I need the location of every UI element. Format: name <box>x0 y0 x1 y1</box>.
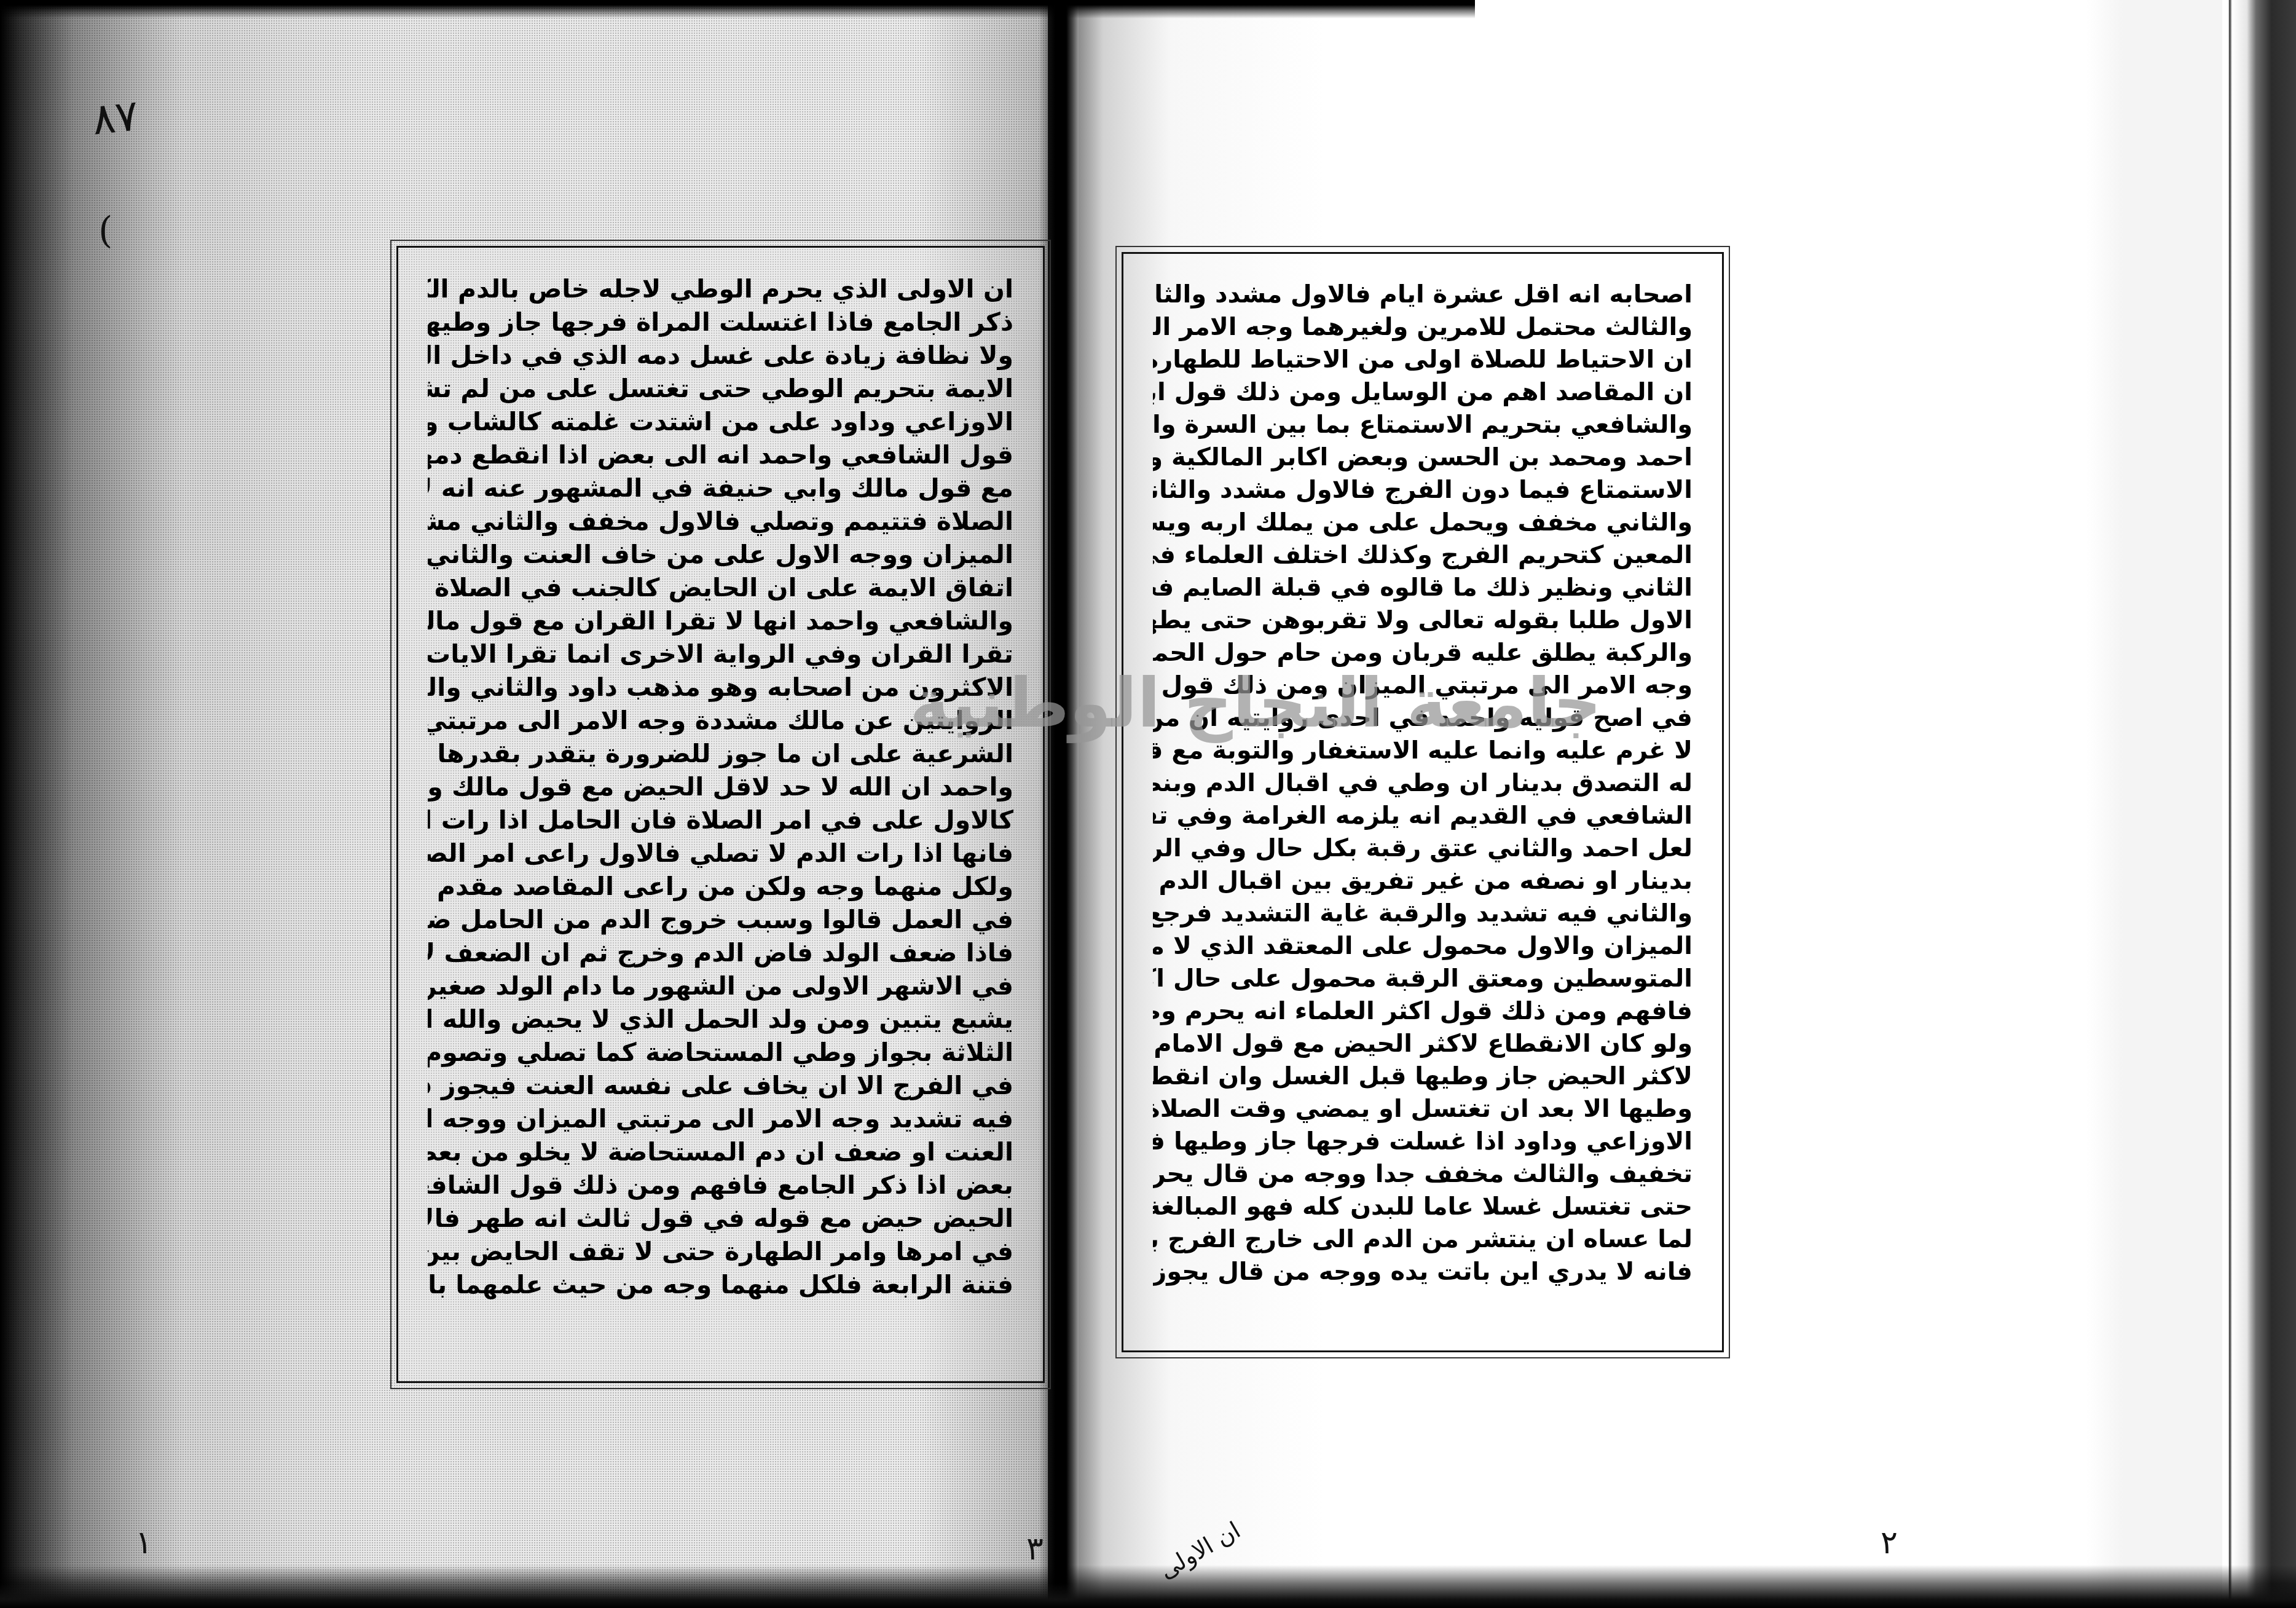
manuscript-line: الحيض حيض مع قوله في قول ثالث انه طهر فا… <box>428 1202 1013 1235</box>
top-scan-shadow <box>0 0 1475 18</box>
bottom-note-left: ١ <box>135 1524 152 1561</box>
manuscript-line: فانها اذا رات الدم لا تصلي فالاول راعى ا… <box>428 837 1013 870</box>
manuscript-line: في الفرج الا ان يخاف على نفسه العنت فيجو… <box>428 1069 1013 1102</box>
manuscript-line: وجه الامر الى مرتبتي الميزان ومن ذلك قول… <box>1153 669 1693 702</box>
manuscript-line: في العمل قالوا وسبب خروج الدم من الحامل … <box>428 903 1013 936</box>
manuscript-line: الاول طلبا بقوله تعالى ولا تقربوهن حتى ي… <box>1153 604 1693 637</box>
manuscript-line: فيه تشديد وجه الامر الى مرتبتي الميزان و… <box>428 1102 1013 1135</box>
bottom-note-gutter: ٣ <box>1026 1531 1044 1567</box>
manuscript-line: فانه لا يدري اين باتت يده ووجه من قال يج… <box>1153 1256 1693 1288</box>
manuscript-line: المتوسطين ومعتق الرقبة محمول على حال اكا… <box>1153 963 1693 995</box>
left-page-text-block: ان الاولى الذي يحرم الوطي لاجله خاص بالد… <box>396 246 1045 1383</box>
manuscript-line: لا غرم عليه وانما عليه الاستغفار والتوبة… <box>1153 735 1693 767</box>
right-page-text-block: اصحابه انه اقل عشرة ايام فالاول مشدد وال… <box>1122 252 1724 1352</box>
manuscript-line: تقرا القران وفي الرواية الاخرى انما تقرا… <box>428 637 1013 671</box>
manuscript-line: الشافعي في القديم انه يلزمه الغرامة وفي … <box>1153 800 1693 832</box>
manuscript-line: الصلاة فتتيمم وتصلي فالاول مخفف والثاني … <box>428 505 1013 538</box>
bottom-scan-shadow <box>0 1565 2296 1608</box>
manuscript-line: والركبة يطلق عليه قربان ومن حام حول الحم… <box>1153 637 1693 669</box>
margin-mark: ( <box>98 209 112 252</box>
manuscript-line: لما عساه ان ينتشر من الدم الى خارج الفرج… <box>1153 1223 1693 1256</box>
manuscript-line: الشرعية على ان ما جوز للضرورة يتقدر بقدر… <box>428 737 1013 770</box>
manuscript-line: الاكثرون من اصحابه وهو مذهب داود والثاني… <box>428 671 1013 704</box>
manuscript-line: والثاني مخفف ويحمل على من يملك اربه ويسم… <box>1153 506 1693 539</box>
manuscript-line: له التصدق بدينار ان وطي في اقبال الدم وب… <box>1153 767 1693 800</box>
manuscript-line: يشبع يتبين ومن ولد الحمل الذي لا يحيض وا… <box>428 1003 1013 1036</box>
manuscript-line: ولو كان الانقطاع لاكثر الحيض مع قول الام… <box>1153 1028 1693 1060</box>
manuscript-line: العنت او ضعف ان دم المستحاضة لا يخلو من … <box>428 1135 1013 1169</box>
manuscript-line: الاوزاعي وداود اذا غسلت فرجها جاز وطيها … <box>1153 1125 1693 1158</box>
manuscript-line: لعل احمد والثاني عتق رقبة بكل حال وفي ال… <box>1153 832 1693 865</box>
manuscript-line: والشافعي بتحريم الاستمتاع بما بين السرة … <box>1153 409 1693 441</box>
manuscript-line: ولا نظافة زيادة على غسل دمه الذي في داخل… <box>428 339 1013 372</box>
manuscript-line: فافهم ومن ذلك قول اكثر العلماء انه يحرم … <box>1153 995 1693 1028</box>
manuscript-line: ذكر الجامع فاذا اغتسلت المراة فرجها جاز … <box>428 305 1013 339</box>
manuscript-line: المعين كتحريم الفرج وكذلك اختلف العلماء … <box>1153 539 1693 572</box>
manuscript-line: والثاني فيه تشديد والرقبة غاية التشديد ف… <box>1153 897 1693 930</box>
manuscript-line: اصحابه انه اقل عشرة ايام فالاول مشدد وال… <box>1153 278 1693 311</box>
manuscript-line: والشافعي واحمد انها لا تقرا القران مع قو… <box>428 604 1013 637</box>
manuscript-line: حتى تغتسل غسلا عاما للبدن كله فهو المبال… <box>1153 1191 1693 1223</box>
manuscript-line: الايمة بتحريم الوطي حتى تغتسل على من لم … <box>428 372 1013 405</box>
manuscript-line: لاكثر الحيض جاز وطيها قبل الغسل وان انقط… <box>1153 1060 1693 1093</box>
manuscript-line: ولكل منهما وجه ولكن من راعى المقاصد مقدم… <box>428 870 1013 903</box>
manuscript-line: وطيها الا بعد ان تغتسل او يمضي وقت الصلا… <box>1153 1093 1693 1125</box>
manuscript-line: والثالث محتمل للامرين ولغيرهما وجه الامر… <box>1153 311 1693 344</box>
manuscript-line: الميزان والاول محمول على المعتقد الذي لا… <box>1153 930 1693 963</box>
page-number: ٨٧ <box>90 90 141 144</box>
manuscript-line: بدينار او نصفه من غير تفريق بين اقبال ال… <box>1153 865 1693 897</box>
book-page-edges <box>2222 0 2296 1608</box>
manuscript-line: كالاول على في امر الصلاة فان الحامل اذا … <box>428 803 1013 837</box>
manuscript-line: في امرها وامر الطهارة حتى لا تقف الحايض … <box>428 1235 1013 1268</box>
manuscript-line: الاوزاعي وداود على من اشتدت غلمته كالشاب… <box>428 405 1013 438</box>
manuscript-line: الروايتين عن مالك مشددة وجه الامر الى مر… <box>428 704 1013 737</box>
manuscript-line: ان الاولى الذي يحرم الوطي لاجله خاص بالد… <box>428 272 1013 305</box>
manuscript-line: فتنة الرابعة فلكل منهما وجه من حيث علمهم… <box>428 1268 1013 1301</box>
manuscript-line: تخفيف والثالث مخفف جدا ووجه من قال يحرم … <box>1153 1158 1693 1191</box>
manuscript-line: في اصح قوليه واحمد في احدى روايتيه ان من… <box>1153 702 1693 735</box>
manuscript-spread: ٨٧ ( ان الاولى الذي يحرم الوطي لاجله خاص… <box>0 0 2296 1608</box>
manuscript-line: الثلاثة بجواز وطي المستحاضة كما تصلي وتص… <box>428 1036 1013 1069</box>
bottom-note-right: ٢ <box>1881 1524 1898 1561</box>
manuscript-line: في الاشهر الاولى من الشهور ما دام الولد … <box>428 969 1013 1003</box>
book-gutter <box>1048 0 1079 1608</box>
manuscript-line: فاذا ضعف الولد فاض الدم وخرج ثم ان الضعف… <box>428 936 1013 969</box>
manuscript-line: الثاني ونظير ذلك ما قالوه في قبلة الصايم… <box>1153 572 1693 604</box>
manuscript-line: اتفاق الايمة على ان الحايض كالجنب في الص… <box>428 571 1013 604</box>
manuscript-line: ان الاحتياط للصلاة اولى من الاحتياط للطه… <box>1153 344 1693 376</box>
manuscript-line: مع قول مالك وابي حنيفة في المشهور عنه ان… <box>428 471 1013 505</box>
manuscript-line: الاستمتاع فيما دون الفرج فالاول مشدد وال… <box>1153 474 1693 506</box>
manuscript-line: الميزان ووجه الاول على من خاف العنت والث… <box>428 538 1013 571</box>
manuscript-line: ان المقاصد اهم من الوسايل ومن ذلك قول اب… <box>1153 376 1693 409</box>
manuscript-line: بعض اذا ذكر الجامع فافهم ومن ذلك قول الش… <box>428 1169 1013 1202</box>
manuscript-line: واحمد ان الله لا حد لاقل الحيض مع قول ما… <box>428 770 1013 803</box>
manuscript-line: احمد ومحمد بن الحسن وبعض اكابر المالكية … <box>1153 441 1693 474</box>
manuscript-line: قول الشافعي واحمد انه الى بعض اذا انقطع … <box>428 438 1013 471</box>
